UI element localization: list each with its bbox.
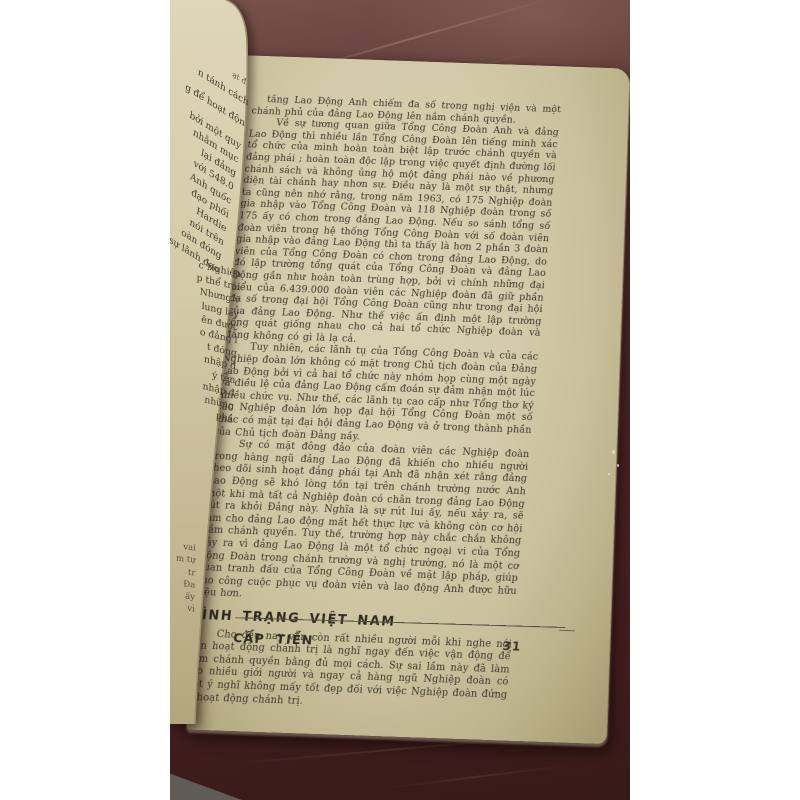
curl-text-fragments-middle: c Nghiệp p thể trái Nhưng v lung lay ên … [170, 252, 241, 427]
paragraph: Về sự tương quan giữa Tổng Công Đoàn Anh… [224, 117, 559, 352]
curl-text-fragments-bottom: vai m tự tr Đa ấy vì [171, 540, 196, 616]
curl-fragment: m tự [172, 552, 196, 567]
dust-speck [612, 450, 615, 454]
paragraph: Tuy nhiên, các lãnh tụ của Tổng Công Đoà… [213, 341, 539, 449]
book-photo: tầng Lao Động Anh chiếm đa số trong nghị… [170, 0, 630, 800]
table-edge-shadow [170, 770, 242, 800]
page-number: 31 [502, 639, 522, 654]
curled-page: ạt đ n tánh cách g để hoạt độn bởi một q… [170, 0, 260, 724]
dust-speck [617, 464, 619, 467]
curl-fragment: vì [171, 601, 195, 616]
wood-scratch [381, 764, 570, 789]
dust-speck [608, 473, 610, 475]
